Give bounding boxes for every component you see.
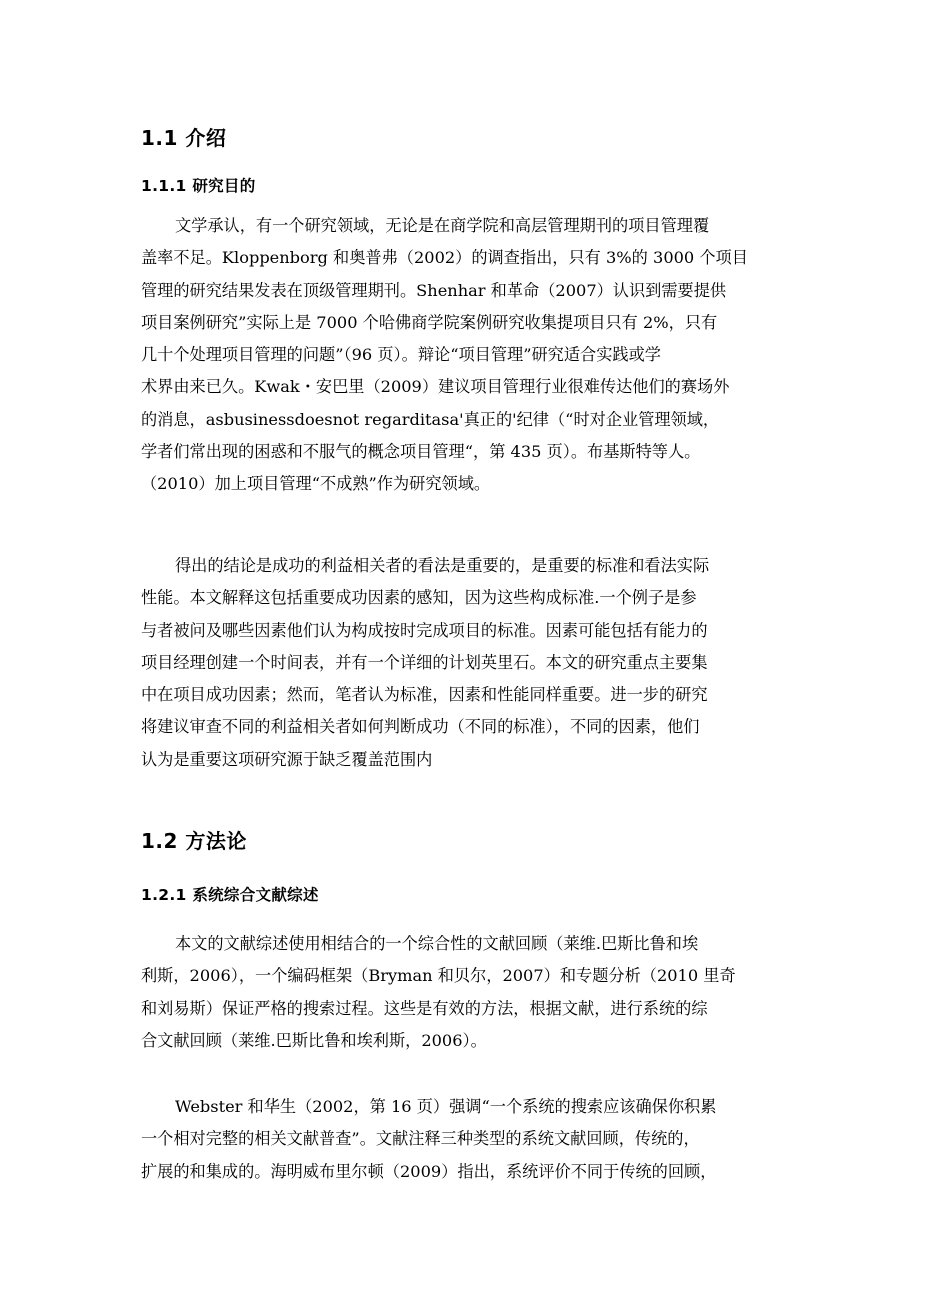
paragraph-research-purpose-1: 文学承认，有一个研究领域，无论是在商学院和高层管理期刊的项目管理覆 盖率不足。K…: [141, 210, 787, 501]
paragraph-research-purpose-2: 得出的结论是成功的利益相关者的看法是重要的，是重要的标准和看法实际 性能。本文解…: [141, 550, 787, 776]
text-line: 管理的研究结果发表在顶级管理期刊。Shenhar 和革命（2007）认识到需要提…: [141, 275, 787, 307]
text-line: 和刘易斯）保证严格的搜索过程。这些是有效的方法，根据文献，进行系统的综: [141, 993, 787, 1025]
text-line: 的消息，asbusinessdoesnot regarditasa'真正的'纪律…: [141, 404, 787, 436]
text-line: 认为是重要这项研究源于缺乏覆盖范围内: [141, 744, 787, 776]
text-line: 性能。本文解释这包括重要成功因素的感知，因为这些构成标准.一个例子是参: [141, 582, 787, 614]
text-line: 项目经理创建一个时间表，并有一个详细的计划英里石。本文的研究重点主要集: [141, 647, 787, 679]
text-line: 一个相对完整的相关文献普查”。文献注释三种类型的系统文献回顾，传统的，: [141, 1123, 787, 1155]
text-line: 文学承认，有一个研究领域，无论是在商学院和高层管理期刊的项目管理覆: [141, 210, 787, 242]
text-line: 合文献回顾（莱维.巴斯比鲁和埃利斯，2006）。: [141, 1025, 787, 1057]
text-line: 得出的结论是成功的利益相关者的看法是重要的，是重要的标准和看法实际: [141, 550, 787, 582]
text-line: 与者被问及哪些因素他们认为构成按时完成项目的标准。因素可能包括有能力的: [141, 615, 787, 647]
text-line: 本文的文献综述使用相结合的一个综合性的文献回顾（莱维.巴斯比鲁和埃: [141, 928, 787, 960]
paragraph-methodology-1: 本文的文献综述使用相结合的一个综合性的文献回顾（莱维.巴斯比鲁和埃 利斯，200…: [141, 928, 787, 1057]
section-heading-1-1: 1.1 介绍: [141, 126, 226, 150]
text-line: 扩展的和集成的。海明威布里尔顿（2009）指出，系统评价不同于传统的回顾，: [141, 1156, 787, 1188]
text-line: 学者们常出现的困惑和不服气的概念项目管理“，第 435 页）。布基斯特等人。: [141, 436, 787, 468]
section-heading-1-2: 1.2 方法论: [141, 829, 247, 853]
text-line: 将建议审查不同的利益相关者如何判断成功（不同的标准），不同的因素，他们: [141, 711, 787, 743]
text-line: 利斯，2006），一个编码框架（Bryman 和贝尔，2007）和专题分析（20…: [141, 960, 787, 992]
text-line: 术界由来已久。Kwak・安巴里（2009）建议项目管理行业很难传达他们的赛场外: [141, 371, 787, 403]
subsection-heading-1-2-1: 1.2.1 系统综合文献综述: [141, 885, 319, 905]
text-line: 项目案例研究”实际上是 7000 个哈佛商学院案例研究收集提项目只有 2%，只有: [141, 307, 787, 339]
subsection-heading-1-1-1: 1.1.1 研究目的: [141, 176, 256, 196]
text-line: Webster 和华生（2002，第 16 页）强调“一个系统的搜索应该确保你积…: [141, 1091, 787, 1123]
paragraph-methodology-2: Webster 和华生（2002，第 16 页）强调“一个系统的搜索应该确保你积…: [141, 1091, 787, 1188]
text-line: 盖率不足。Kloppenborg 和奥普弗（2002）的调查指出，只有 3%的 …: [141, 242, 787, 274]
text-line: （2010）加上项目管理“不成熟”作为研究领域。: [141, 468, 787, 500]
text-line: 几十个处理项目管理的问题”（96 页）。辩论“项目管理”研究适合实践或学: [141, 339, 787, 371]
text-line: 中在项目成功因素；然而，笔者认为标准，因素和性能同样重要。进一步的研究: [141, 679, 787, 711]
